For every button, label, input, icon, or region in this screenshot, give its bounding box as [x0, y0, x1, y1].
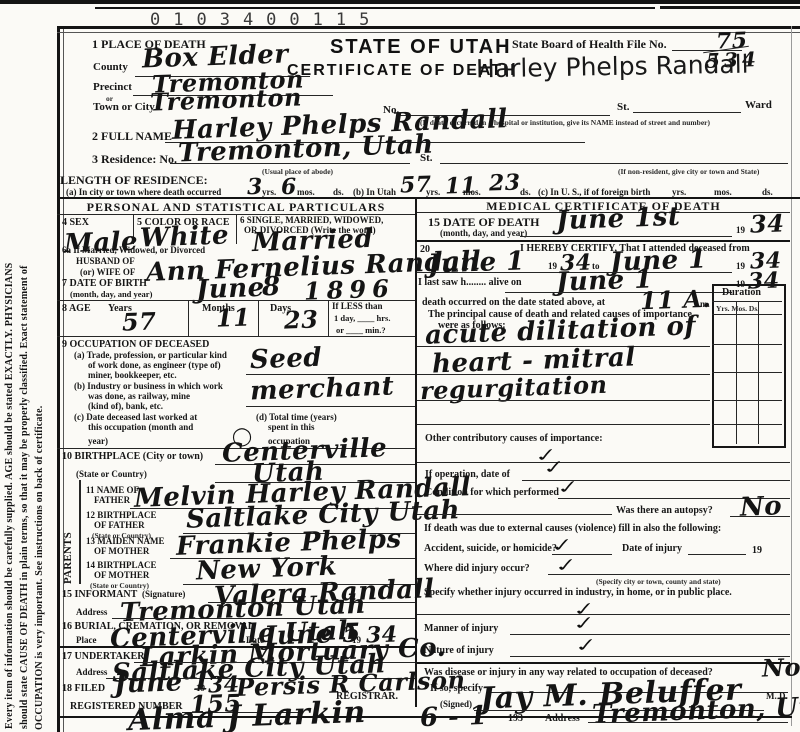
row-line-heavy — [417, 240, 790, 242]
to-pre19: 19 — [736, 262, 745, 271]
last-saw-label: I last saw h........ alive on — [418, 278, 522, 289]
precinct-label: Precinct — [93, 82, 132, 94]
checkmark: ✓ — [573, 633, 601, 656]
full-name-label: 2 FULL NAME — [92, 130, 172, 143]
fill-line — [417, 400, 710, 401]
age-cell-divider — [328, 300, 329, 336]
lor-label: LENGTH OF RESIDENCE: — [60, 174, 208, 187]
dob-month: June — [196, 275, 266, 303]
where-injury-label: Where did injury occur? — [424, 564, 530, 575]
fill-line — [417, 514, 612, 515]
age-label: 8 AGE — [62, 304, 91, 315]
margin-note-line2: should state CAUSE OF DEATH in plain ter… — [19, 104, 30, 729]
bottom-signature: Alma J Larkin — [128, 698, 367, 732]
father-label-2: FATHER — [94, 496, 130, 505]
operation-label: If operation, date of — [425, 470, 510, 481]
duration-line — [712, 301, 782, 302]
death-certificate-scan: 0103400115 Every item of information sho… — [0, 0, 800, 732]
fill-line — [510, 656, 790, 657]
accident-label: Accident, suicide, or homicide? — [424, 544, 557, 555]
duration-line — [712, 314, 782, 315]
dod-sub-label: (month, day, and year) — [440, 229, 527, 238]
cause-line-3: regurgitation — [420, 373, 608, 404]
cell-divider — [236, 214, 237, 244]
nonresident-note: (If non-resident, give city or town and … — [618, 167, 759, 176]
age-cell-divider — [258, 300, 259, 336]
form-top-border-inner — [57, 32, 800, 33]
manner-injury-label: Manner of injury — [424, 624, 498, 635]
sex-label: 4 SEX — [62, 218, 89, 229]
form-left-border — [57, 26, 60, 732]
margin-note-line1: Every item of information should be care… — [4, 104, 15, 729]
occurred-label: death occurred on the date stated above,… — [422, 298, 605, 309]
age-less-2: 1 day, ____ hrs. — [334, 314, 390, 323]
town-value: Tremonton — [150, 85, 303, 114]
dod-pre19: 19 — [736, 226, 745, 235]
occupation-a3: miner, bookkeeper, etc. — [88, 371, 177, 380]
fill-line — [417, 614, 790, 615]
street-label: St. — [617, 102, 630, 114]
signature-pre193: 193 — [508, 714, 523, 725]
dob-sub-label: (month, day, and year) — [70, 290, 152, 299]
father-bp-label-2: OF FATHER — [94, 521, 145, 530]
residence-label: 3 Residence: No. — [92, 153, 177, 166]
injury-date-label: Date of injury — [622, 544, 682, 555]
age-less-1: If LESS than — [332, 302, 383, 311]
filed-label: 18 FILED — [62, 684, 105, 695]
mother-bp-label-2: OF MOTHER — [94, 571, 149, 580]
spouse-label-2: HUSBAND OF — [76, 257, 135, 266]
lor-b-ds: 23 — [489, 171, 521, 194]
checkmark: ✓ — [555, 475, 583, 498]
ward-label: Ward — [745, 100, 772, 112]
duration-cols-label: Yrs. Mos. Ds. — [716, 304, 759, 313]
age-months-value: 11 — [216, 305, 251, 330]
fill-line — [552, 554, 612, 555]
personal-title: PERSONAL AND STATISTICAL PARTICULARS — [57, 201, 415, 214]
occupation-c2: this occupation (month and — [88, 423, 193, 432]
residence-st-line — [440, 163, 788, 164]
birthplace-state-label: (State or Country) — [76, 470, 147, 479]
fill-line — [548, 574, 790, 575]
lor-a-mos: 6 — [281, 176, 298, 199]
dod-label: 15 DATE OF DEATH — [428, 216, 539, 229]
duration-line — [712, 424, 782, 425]
residence-line — [170, 163, 410, 164]
margin-note-line3: OCCUPATION is very important. See instru… — [34, 150, 45, 730]
parents-bracket — [79, 480, 81, 584]
row-line-heavy — [417, 662, 790, 664]
occupation-a-value: Seed — [250, 345, 323, 373]
dod-year: 34 — [750, 211, 785, 236]
duration-label: Duration — [722, 288, 761, 299]
dob-day: 8 — [262, 274, 281, 301]
scan-streak — [0, 0, 800, 4]
signature-date: 6 - 1 — [420, 703, 488, 731]
parents-label: PARENTS — [62, 484, 74, 584]
lor-a-yrs: 3 — [247, 176, 264, 199]
if-so-specify-label: If so, specify — [430, 684, 483, 695]
dob-label: 7 DATE OF BIRTH — [62, 279, 147, 290]
duration-line — [712, 400, 782, 401]
town-label: Town or City — [93, 102, 155, 114]
duration-line — [712, 372, 782, 373]
fill-line — [688, 554, 746, 555]
fill-line — [520, 236, 732, 237]
county-label: County — [93, 62, 128, 74]
occurred-m-label: m. — [700, 300, 710, 309]
form-top-border — [57, 26, 800, 29]
where-injury-note: (Specify city or town, county and state) — [596, 577, 721, 586]
external-causes-label: If death was due to external causes (vio… — [424, 524, 721, 535]
autopsy-label: Was there an autopsy? — [616, 506, 713, 517]
fill-line — [417, 462, 790, 463]
duration-line — [712, 344, 782, 345]
age-cell-divider — [188, 300, 189, 336]
injury-pre19: 19 — [752, 546, 762, 557]
occupation-c3: year) — [88, 437, 108, 446]
nature-injury-label: Nature of injury — [424, 646, 494, 657]
abode-note: (Usual place of abode) — [262, 167, 333, 176]
fill-line — [730, 516, 790, 517]
occupation-d2: spent in this — [268, 423, 315, 432]
spouse-label-3: (or) WIFE OF — [80, 268, 135, 277]
fill-line — [588, 722, 788, 723]
file-no-label: State Board of Health File No. — [512, 38, 667, 51]
decedent-name-handprint: Harley Phelps Randall — [476, 50, 749, 84]
fill-line — [246, 406, 415, 407]
birthplace-label: 10 BIRTHPLACE (City or town) — [62, 452, 203, 463]
mother-label-2: OF MOTHER — [94, 547, 149, 556]
cause-line-1: acute dilitation of — [425, 313, 697, 348]
contributory-label: Other contributory causes of importance: — [425, 434, 603, 445]
age-years-value: 57 — [122, 309, 157, 334]
street-line — [633, 112, 741, 113]
form-right-border — [791, 26, 792, 726]
row-line — [57, 336, 415, 337]
burial-place-label: Place — [76, 636, 97, 645]
age-less-3: or ____ min.? — [336, 326, 386, 335]
fill-line — [417, 424, 710, 425]
spouse-label-1: 6a If Married, Widowed, or Divorced — [62, 246, 205, 255]
attended-from: June 1 — [428, 248, 526, 277]
fill-line — [510, 634, 790, 635]
scan-streak — [95, 7, 655, 9]
residence-value: Tremonton, Utah — [178, 132, 435, 167]
scan-streak — [660, 6, 800, 9]
specify-injury-label: Specify whether injury occurred in indus… — [424, 588, 732, 599]
age-days-value: 23 — [284, 307, 319, 332]
occupation-label: 9 OCCUPATION OF DECEASED — [62, 340, 209, 351]
occupation-b3: (kind of), bank, etc. — [88, 402, 163, 411]
undertaker-address-label: Address — [76, 668, 107, 677]
occupation-b-value: merchant — [250, 373, 395, 404]
residence-st-label: St. — [420, 153, 433, 165]
informant-address-label: Address — [76, 608, 107, 617]
signature-address-label: Address — [545, 714, 580, 725]
dod-value: June 1st — [556, 204, 681, 234]
related-occupation-value: No — [762, 655, 800, 680]
condition-label: Condition for which performed — [425, 488, 559, 499]
